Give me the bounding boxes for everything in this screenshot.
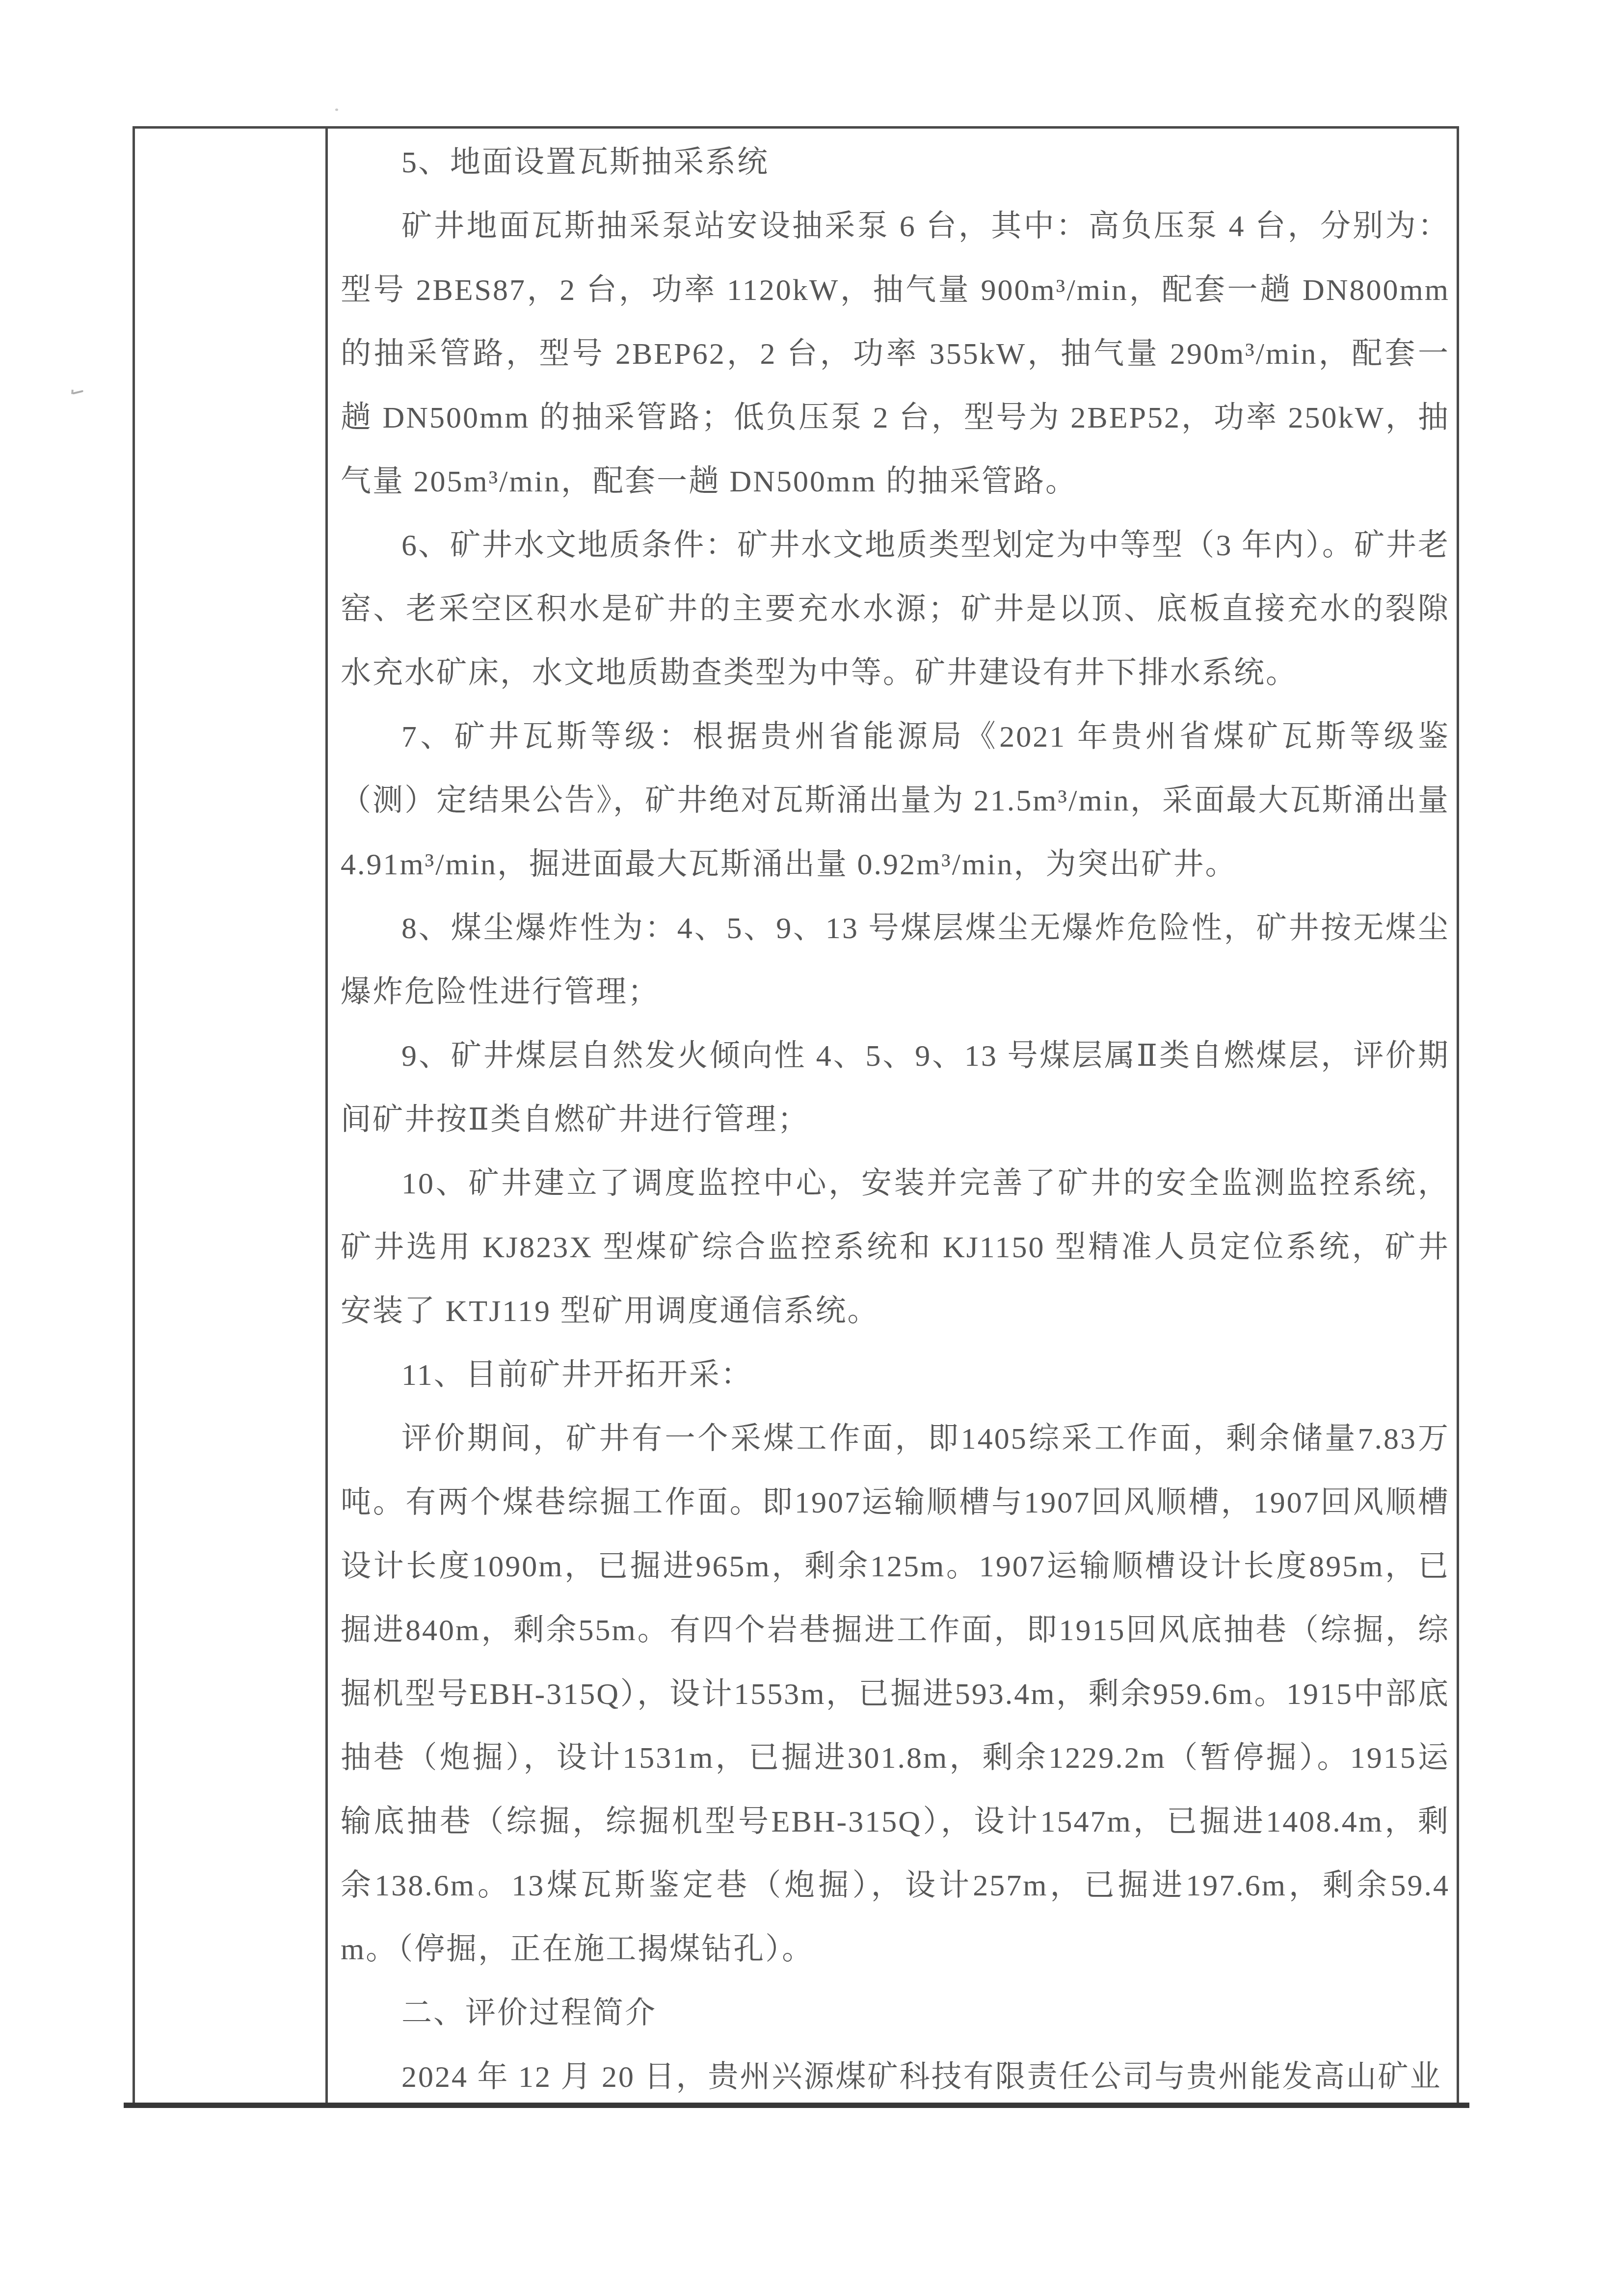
paragraph-evaluation-date: 2024 年 12 月 20 日，贵州兴源煤矿科技有限责任公司与贵州能发高山矿业 (341, 2045, 1450, 2107)
table-left-cell (135, 129, 328, 2107)
table-bottom-border (124, 2103, 1469, 2108)
paragraph-monitoring-systems: 10、矿井建立了调度监控中心，安装并完善了矿井的安全监测监控系统，矿井选用 KJ… (341, 1152, 1450, 1343)
paragraph-gas-drainage-pumps: 矿井地面瓦斯抽采泵站安设抽采泵 6 台，其中：高负压泵 4 台，分别为：型号 2… (341, 194, 1450, 513)
table-content-cell: 5、地面设置瓦斯抽采系统 矿井地面瓦斯抽采泵站安设抽采泵 6 台，其中：高负压泵… (328, 129, 1457, 2107)
paragraph-gas-grade: 7、矿井瓦斯等级：根据贵州省能源局《2021 年贵州省煤矿瓦斯等级鉴（测）定结果… (341, 705, 1450, 896)
paragraph-mining-status-heading: 11、目前矿井开拓开采： (341, 1343, 1450, 1407)
paragraph-coal-dust: 8、煤尘爆炸性为：4、5、9、13 号煤层煤尘无爆炸危险性，矿井按无煤尘爆炸危险… (341, 896, 1450, 1024)
paragraph-spontaneous-combustion: 9、矿井煤层自然发火倾向性 4、5、9、13 号煤层属Ⅱ类自燃煤层，评价期间矿井… (341, 1024, 1450, 1152)
paragraph-hydrogeology: 6、矿井水文地质条件：矿井水文地质类型划定为中等型（3 年内）。矿井老窑、老采空… (341, 513, 1450, 705)
paragraph-evaluation-section-heading: 二、评价过程简介 (341, 1981, 1450, 2045)
document-page: 5、地面设置瓦斯抽采系统 矿井地面瓦斯抽采泵站安设抽采泵 6 台，其中：高负压泵… (0, 0, 1623, 2296)
scan-speck (335, 108, 338, 111)
paragraph-working-faces: 评价期间，矿井有一个采煤工作面，即1405综采工作面，剩余储量7.83万吨。有两… (341, 1407, 1450, 1981)
paragraph-gas-drainage-heading: 5、地面设置瓦斯抽采系统 (341, 131, 1450, 194)
scan-speck (73, 390, 83, 394)
content-table: 5、地面设置瓦斯抽采系统 矿井地面瓦斯抽采泵站安设抽采泵 6 台，其中：高负压泵… (133, 126, 1459, 2107)
